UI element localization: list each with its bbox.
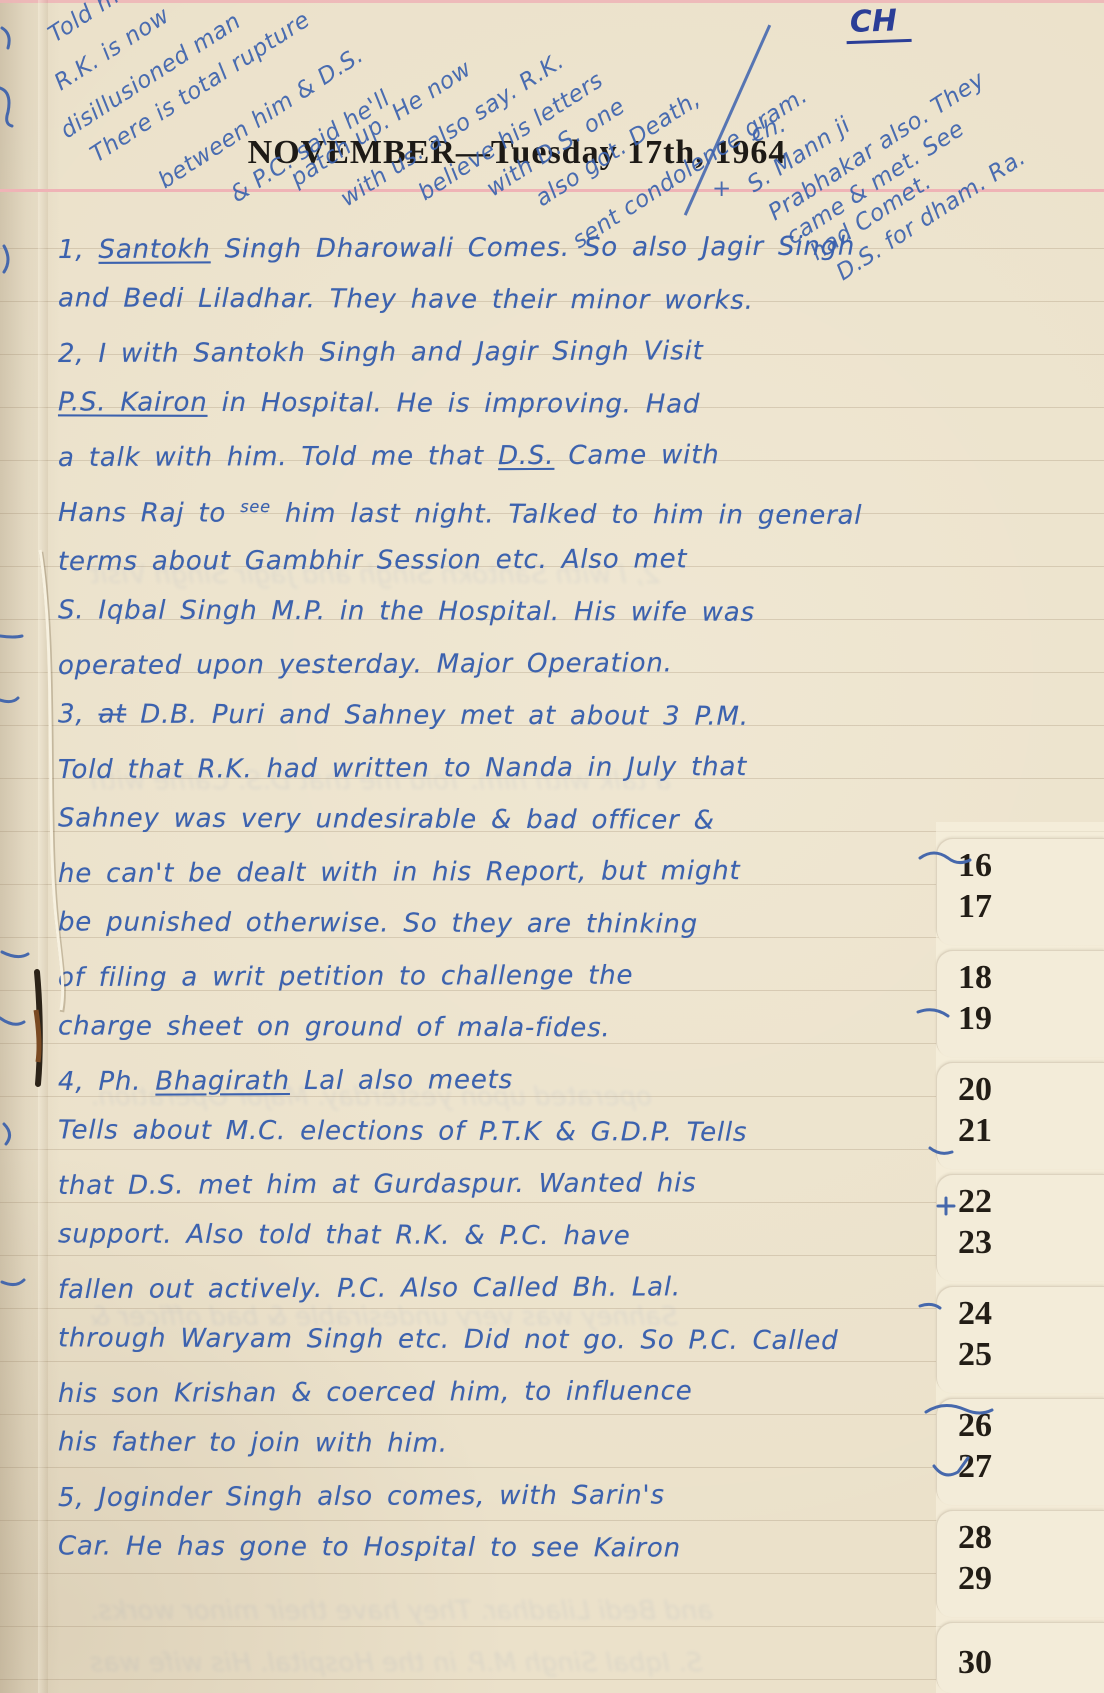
diary-entry-body: 1, Santokh Singh Dharowali Comes. So als… (58, 222, 1000, 1574)
diary-entry-line: his father to join with him. (58, 1416, 1000, 1471)
diary-entry-line: S. Iqbal Singh M.P. in the Hospital. His… (58, 584, 1000, 639)
tab-day-number: 26 (958, 1407, 1104, 1445)
tab-day-number: 30 (958, 1644, 1104, 1682)
diary-entry-line: of filing a writ petition to challenge t… (58, 948, 1000, 1004)
diary-entry-line: he can't be dealt with in his Report, bu… (58, 844, 1000, 900)
diary-page-scan: NOVEMBER—Tuesday 17th, 1964 CH Told meR.… (0, 0, 1104, 1693)
tab-day-number: 21 (958, 1112, 1104, 1150)
top-pink-rule (0, 0, 1104, 3)
date-tab: 2425 (936, 1286, 1104, 1393)
tab-day-number: 25 (958, 1336, 1104, 1374)
bleed-through-text: S. Iqbal Singh M.P. in the Hospital. His… (90, 1648, 703, 1678)
diary-entry-line: fallen out actively. P.C. Also Called Bh… (58, 1260, 1000, 1316)
diary-entry-line: be punished otherwise. So they are think… (58, 896, 1000, 951)
diary-entry-line: support. Also told that R.K. & P.C. have (58, 1208, 1000, 1263)
diary-entry-line: 4, Ph. Bhagirath Lal also meets (58, 1052, 1000, 1108)
diary-entry-line: 2, I with Santokh Singh and Jagir Singh … (58, 324, 1000, 380)
tab-day-number: 29 (958, 1560, 1104, 1598)
date-tab: 2021 (936, 1062, 1104, 1169)
diary-entry-line: P.S. Kairon in Hospital. He is improving… (58, 376, 1000, 431)
date-tab: 2223 (936, 1174, 1104, 1281)
diary-entry-line: Told that R.K. had written to Nanda in J… (58, 740, 1000, 796)
diary-entry-line: a talk with him. Told me that D.S. Came … (58, 428, 1000, 484)
diary-entry-line: Hans Raj to see him last night. Talked t… (58, 480, 1000, 535)
date-tab: 1819 (936, 950, 1104, 1057)
binding-gutter-crease (38, 0, 48, 1693)
diary-entry-line: Tells about M.C. elections of P.T.K & G.… (58, 1104, 1000, 1159)
diagonal-annotation: + (712, 176, 732, 202)
diary-entry-line: operated upon yesterday. Major Operation… (58, 636, 1000, 692)
diary-entry-line: Car. He has gone to Hospital to see Kair… (58, 1520, 1000, 1575)
tab-day-number: 22 (958, 1183, 1104, 1221)
date-tab: 2829 (936, 1510, 1104, 1617)
diary-entry-line: charge sheet on ground of mala-fides. (58, 1000, 1000, 1055)
tab-day-number: 23 (958, 1224, 1104, 1262)
tab-day-number: 27 (958, 1448, 1104, 1486)
diary-entry-line: and Bedi Liladhar. They have their minor… (58, 272, 1000, 327)
diary-entry-line: terms about Gambhir Session etc. Also me… (58, 532, 1000, 588)
diary-entry-line: that D.S. met him at Gurdaspur. Wanted h… (58, 1156, 1000, 1212)
tab-day-number: 28 (958, 1519, 1104, 1557)
diary-entry-line: through Waryam Singh etc. Did not go. So… (58, 1312, 1000, 1367)
diary-entry-line: 5, Joginder Singh also comes, with Sarin… (58, 1468, 1000, 1524)
diary-entry-line: 1, Santokh Singh Dharowali Comes. So als… (58, 220, 1000, 276)
date-tab: 2627 (936, 1398, 1104, 1505)
left-edge-ink-marks (0, 28, 28, 1285)
diary-entry-line: Sahney was very undesirable & bad office… (58, 792, 1000, 847)
tab-day-number: 20 (958, 1071, 1104, 1109)
date-tab: 1617 (936, 838, 1104, 945)
diary-entry-line: 3, at D.B. Puri and Sahney met at about … (58, 688, 1000, 743)
corner-initials-mark: CH (845, 3, 911, 44)
tab-day-number: 19 (958, 1000, 1104, 1038)
tab-day-number: 18 (958, 959, 1104, 997)
bleed-through-text: and Bedi Liladhar. They have their minor… (90, 1596, 713, 1626)
tab-day-number: 16 (958, 847, 1104, 885)
date-tab: 30 (936, 1622, 1104, 1693)
diary-entry-line: his son Krishan & coerced him, to influe… (58, 1364, 1000, 1420)
tab-day-number: 24 (958, 1295, 1104, 1333)
tab-day-number: 17 (958, 888, 1104, 926)
